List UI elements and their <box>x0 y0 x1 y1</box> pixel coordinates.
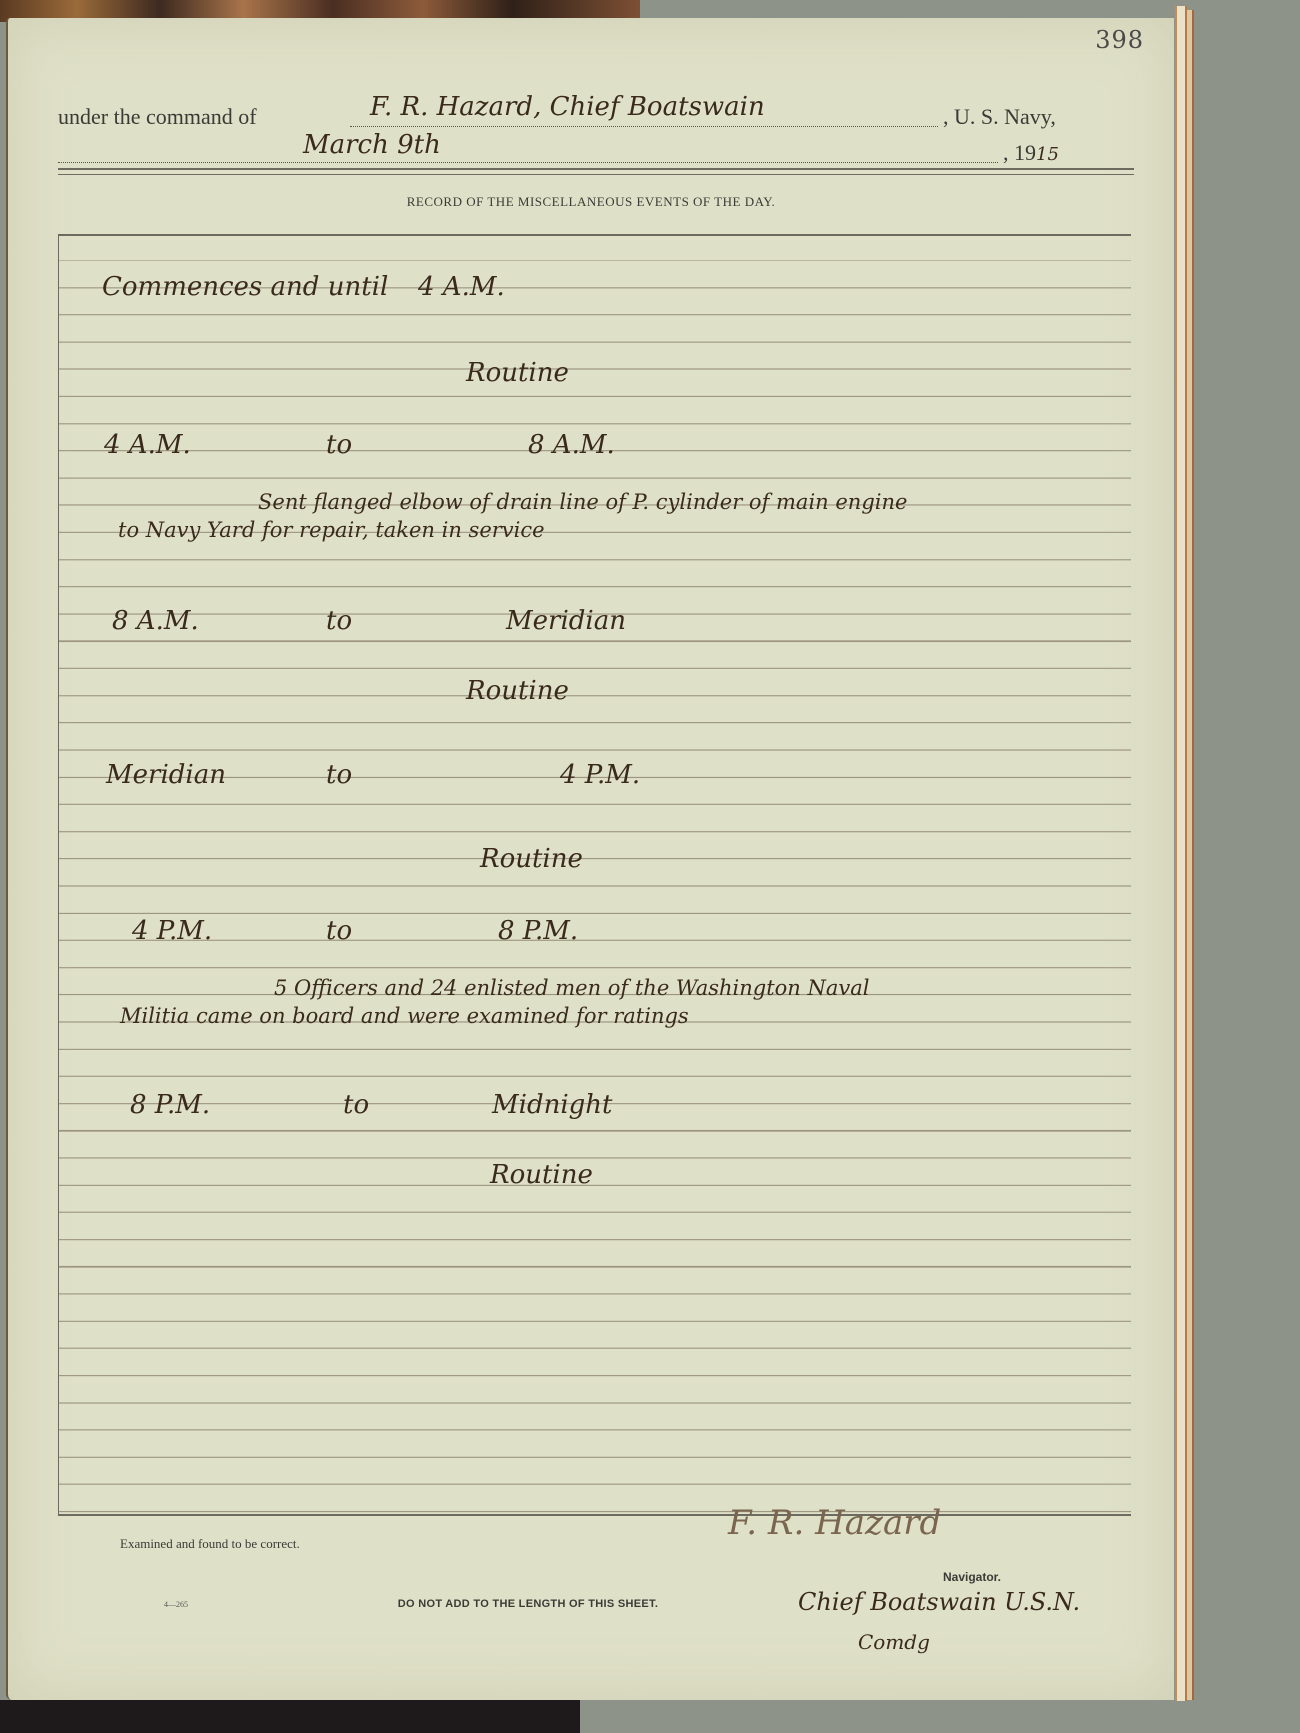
entry-watch-connector: to <box>326 606 352 636</box>
entry-watch-to: Meridian <box>506 606 626 636</box>
entry-watch-from: 4 P.M. <box>132 916 212 946</box>
examined-statement: Examined and found to be correct. <box>120 1536 300 1552</box>
navy-label: , U. S. Navy, <box>943 104 1056 130</box>
entry-watch-to: 4 P.M. <box>560 760 640 790</box>
section-title: RECORD OF THE MISCELLANEOUS EVENTS OF TH… <box>8 194 1174 210</box>
entry-watch-to: Midnight <box>492 1090 612 1120</box>
entry-text-line: Sent flanged elbow of drain line of P. c… <box>258 490 907 514</box>
entry-watch-connector: to <box>343 1090 369 1120</box>
navigator-label: Navigator. <box>943 1570 1001 1584</box>
entry-text-line: Militia came on board and were examined … <box>120 1004 689 1028</box>
entry-text-line: 5 Officers and 24 enlisted men of the Wa… <box>274 976 869 1000</box>
signer-title: Chief Boatswain U.S.N. <box>798 1588 1080 1616</box>
commander-handwritten: F. R. Hazard, Chief Boatswain <box>370 92 765 122</box>
entry-watch-connector: to <box>326 430 352 460</box>
page-stack-edge <box>1187 10 1194 1700</box>
entry-watch-from: 8 A.M. <box>112 606 199 636</box>
signer-note: Comdg <box>858 1630 930 1654</box>
entry-watch-to: 8 A.M. <box>528 430 615 460</box>
year-field: , 1915 <box>1003 140 1059 166</box>
entry-text-line: to Navy Yard for repair, taken in servic… <box>118 518 545 542</box>
entry-text: Routine <box>480 844 583 874</box>
entry-text: Routine <box>490 1160 593 1190</box>
divider <box>58 168 1134 175</box>
page-stack-edge <box>1175 6 1187 1701</box>
entry-watch-connector: to <box>326 760 352 790</box>
entry-watch-to: 4 A.M. <box>418 272 505 302</box>
date-field: March 9th <box>58 138 998 163</box>
entry-watch-from: 4 A.M. <box>104 430 191 460</box>
entry-watch-from: Meridian <box>106 760 226 790</box>
page-number: 398 <box>1095 26 1144 54</box>
date-line: March 9th , 1915 <box>58 138 1108 168</box>
entry-watch-to: 8 P.M. <box>498 916 578 946</box>
entry-text: Routine <box>466 358 569 388</box>
entry-text: Routine <box>466 676 569 706</box>
entry-watch-from: 8 P.M. <box>130 1090 210 1120</box>
record-area <box>58 234 1131 1516</box>
background-shadow <box>0 1700 580 1733</box>
entry-watch-connector: to <box>326 916 352 946</box>
year-handwritten: 15 <box>1036 144 1059 165</box>
navigator-signature: F. R. Hazard <box>728 1503 941 1543</box>
commander-field: F. R. Hazard, Chief Boatswain <box>350 100 938 127</box>
logbook-page: 398 under the command of F. R. Hazard, C… <box>6 18 1174 1700</box>
command-line: under the command of F. R. Hazard, Chief… <box>58 100 1108 130</box>
command-label: under the command of <box>58 104 257 130</box>
entry-watch-from: Commences and until <box>102 272 388 302</box>
date-handwritten: March 9th <box>303 130 441 160</box>
